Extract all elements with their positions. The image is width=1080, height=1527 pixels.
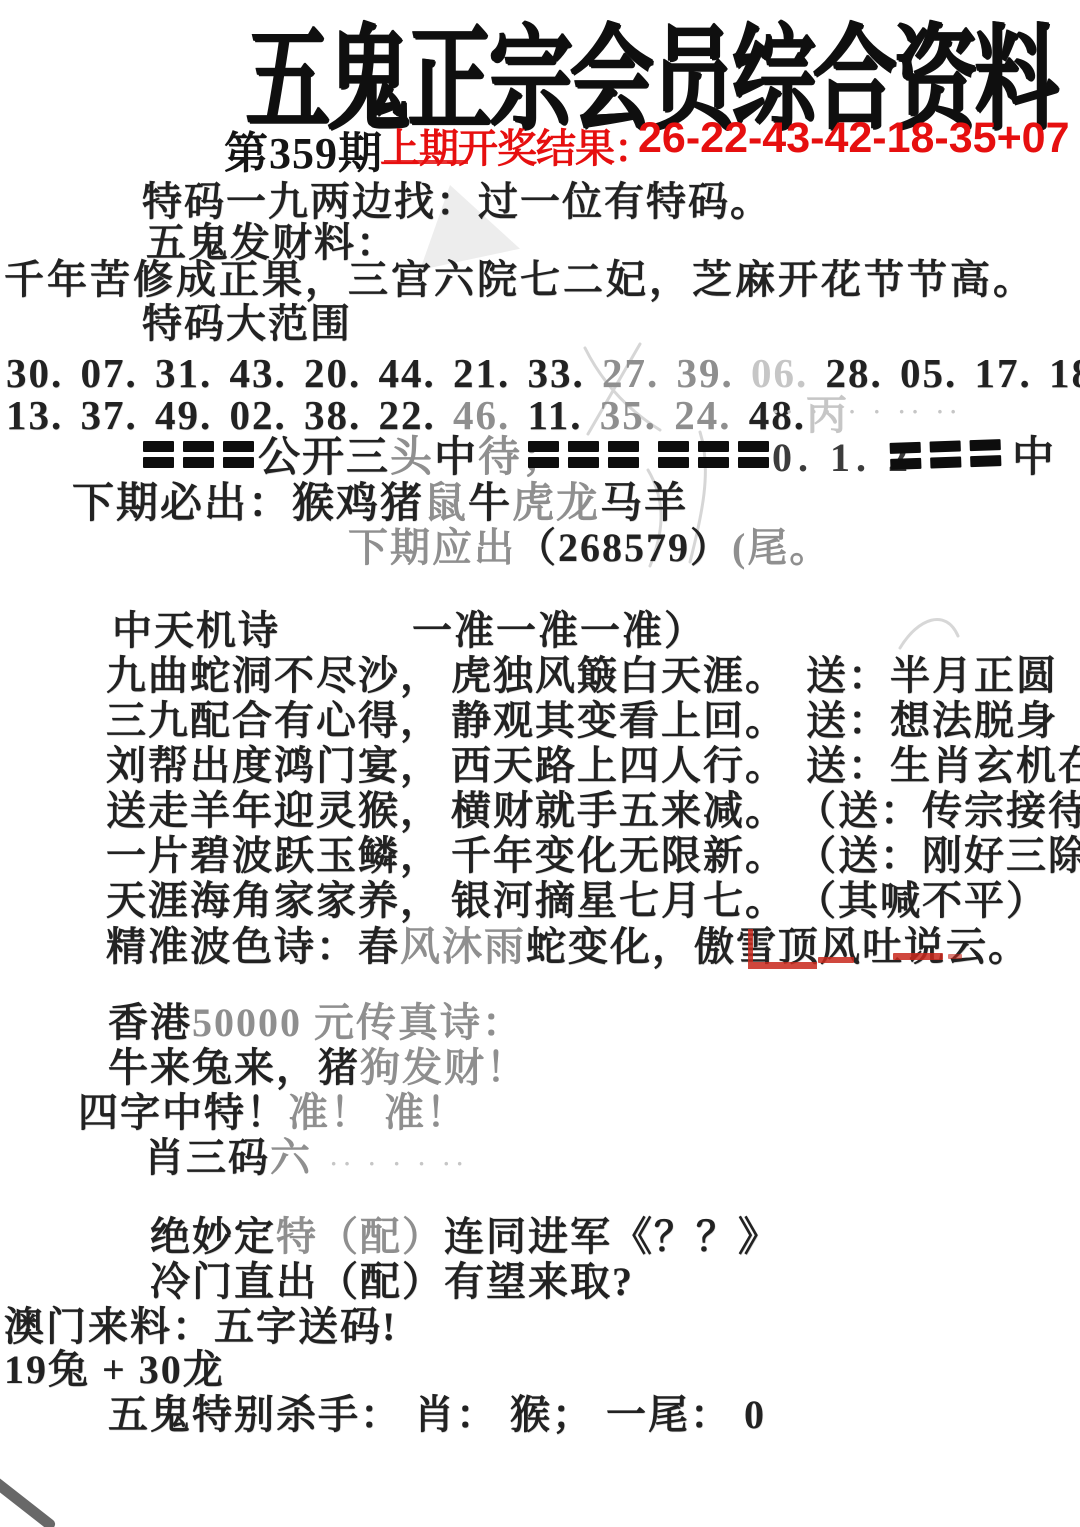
red-underline: [893, 953, 943, 960]
macau-line: 澳门来料：五字送码!: [4, 1305, 397, 1349]
fax-poem-line: 牛来兔来，猪狗发财！: [108, 1046, 528, 1090]
must-dark: 下期必出：猴鸡猪: [72, 481, 424, 527]
poem-left: 九曲蛇洞不尽沙，: [106, 654, 442, 698]
poem-header-row: 中天机诗 一准一准一准）: [112, 609, 1080, 655]
numbers-row1-dark2: 28. 05. 17. 18.: [808, 350, 1080, 396]
poem-row: 刘帮出度鸿门宴，西天路上四人行。送：生肖玄机在内: [106, 744, 1080, 790]
red-underline: [818, 957, 854, 963]
faded-dots-row: ·· ·· · · ·· ··: [772, 400, 963, 424]
poem-title: 中天机诗: [112, 609, 280, 653]
poem-mid: 西天路上四人行。: [451, 744, 787, 788]
must-dark3: 马羊: [600, 481, 688, 527]
issue-number: 第359期: [224, 117, 383, 181]
poem-left: 天涯海角家家养，: [106, 879, 442, 923]
poem-left: 三九配合有心得，: [106, 699, 442, 743]
block-group: [890, 439, 1002, 470]
must-faded: 鼠: [424, 481, 468, 527]
combo-dark: 绝妙定: [150, 1214, 276, 1259]
poem-left: 送走羊年迎灵猴，: [106, 789, 442, 833]
poem-row: 一片碧波跃玉鳞，千年变化无限新。（送：刚好三除）: [106, 834, 1080, 880]
poem-gift: 送：想法脱身: [806, 699, 1058, 743]
last-draw-label: 上期开奖结果：: [380, 117, 653, 174]
wave-faded: 风沐雨: [400, 924, 526, 969]
fax-dark: 香港: [108, 1000, 192, 1045]
yield-faded2: (尾。: [732, 525, 831, 570]
lottery-tip-sheet: 五鬼正宗会员综合资料 第359期 上期开奖结果： 26-22-43-42-18-…: [0, 0, 1080, 1527]
numbers-row2-faded2: 35. 24.: [583, 392, 732, 438]
killer-line: 五鬼特别杀手： 肖： 猴； 一尾： 0: [108, 1393, 766, 1437]
poem-left: 刘帮出度鸿门宴，: [106, 744, 442, 788]
numbers-row2-dark3: 11.: [510, 392, 582, 438]
poem-row: 送走羊年迎灵猴，横财就手五来减。（送：传宗接待）: [106, 789, 1080, 835]
fax-poem-faded: 狗发财！: [360, 1045, 528, 1090]
numbers-row-2: 13. 37. 49. 02. 38. 22. 46. 11. 35. 24. …: [6, 393, 849, 438]
numbers-row1-faded: 27. 39.: [585, 350, 734, 396]
poem-accuracy: 一准一准一准）: [412, 609, 706, 653]
must-dark2: 牛: [468, 481, 512, 527]
poem-gift: （送：刚好三除）: [796, 834, 1080, 878]
tip-line-fortune-poem: 千年苦修成正果，三宫六院七二妃，芝麻开花节节高。: [4, 258, 1036, 302]
poem-gift: 送：半月正圆: [806, 654, 1058, 698]
fax-faded: 50000 元传真诗：: [192, 1000, 524, 1045]
heads-dark2: 中: [434, 435, 478, 481]
must-faded2: 虎龙: [512, 481, 600, 527]
block-group: [658, 441, 769, 468]
four-char-line: 四字中特！准！ 准！: [78, 1091, 468, 1135]
fax-title-line: 香港50000 元传真诗：: [108, 1001, 524, 1045]
block-group: [528, 441, 639, 468]
poem-row: 三九配合有心得，静观其变看上回。送：想法脱身: [106, 699, 1080, 745]
cold-number-line: 冷门直出（配）有望来取?: [150, 1260, 634, 1304]
poem-mid: 横财就手五来减。: [451, 789, 787, 833]
fax-poem-dark: 牛来兔来，猪: [108, 1045, 360, 1090]
poem-mid: 千年变化无限新。: [451, 834, 787, 878]
block-group: [143, 441, 254, 468]
red-underline: [948, 954, 962, 959]
poem-gift: 送：生肖玄机在内: [806, 744, 1080, 788]
next-must-line: 下期必出：猴鸡猪鼠牛虎龙马羊: [72, 481, 688, 527]
numbers-row2-dark2: 22.: [361, 392, 436, 438]
numbers-row1-ghost: 06.: [734, 350, 809, 396]
poem-row: 九曲蛇洞不尽沙，虎独风簸白天涯。送：半月正圆: [106, 654, 1080, 700]
heads-tail-char: 中: [1012, 435, 1056, 481]
poem-mid: 静观其变看上回。: [451, 699, 787, 743]
four-dark: 四字中特！: [78, 1090, 288, 1135]
yield-dark: （268579）: [516, 525, 732, 570]
numbers-row2-faded: 46.: [436, 392, 511, 438]
numbers-row-1: 30. 07. 31. 43. 20. 44. 21. 33. 27. 39. …: [6, 351, 1080, 396]
wave-dark: 精准波色诗：春: [106, 924, 400, 969]
heads-faded: 头: [390, 435, 434, 481]
poem-gift: （其喊不平）: [796, 879, 1048, 923]
numbers-row2-dark: 13. 37. 49. 02. 38.: [6, 392, 361, 438]
xiao-code-line: 肖三码六: [144, 1136, 312, 1180]
combo-dark2: 连同进军《？？》: [444, 1214, 780, 1259]
numbers-row1-dark: 30. 07. 31. 43. 20. 44. 21. 33.: [6, 350, 585, 396]
yield-faded: 下期应出: [348, 525, 516, 570]
wave-poem-line: 精准波色诗：春风沐雨蛇变化，傲雪顶风吐说云。: [106, 925, 1030, 969]
four-faded: 准！ 准！: [288, 1090, 468, 1135]
tip-line-find-special: 特码一九两边找：过一位有特码。: [142, 180, 772, 224]
macau-numbers-line: 19兔 + 30龙: [4, 1348, 225, 1392]
poem-mid: 虎独风簸白天涯。: [451, 654, 787, 698]
red-mark-box: [748, 929, 817, 969]
next-yield-line: 下期应出（268579）(尾。: [348, 526, 831, 570]
corner-smudge: [0, 1475, 57, 1527]
poem-gift: （送：传宗接待）: [796, 789, 1080, 833]
poem-mid: 银河摘星七月七。: [451, 879, 787, 923]
combo-faded: 特（配）: [276, 1214, 444, 1259]
open-three-heads-line: 公开三头中待；: [258, 435, 566, 481]
final-combo-line: 绝妙定特（配）连同进军《？？》: [150, 1215, 780, 1259]
poem-left: 一片碧波跃玉鳞，: [106, 834, 442, 878]
xiao-faded: 六: [270, 1135, 312, 1180]
red-underline-mark: [384, 160, 468, 164]
faded-dots-row: ·· · · · ··: [330, 1152, 469, 1176]
heads-dark: 公开三: [258, 435, 390, 481]
xiao-dark: 肖三码: [144, 1135, 270, 1180]
poem-row: 天涯海角家家养，银河摘星七月七。（其喊不平）: [106, 879, 1080, 925]
last-draw-numbers: 26-22-43-42-18-35+07: [638, 114, 1070, 163]
tip-line-range-label: 特码大范围: [142, 302, 352, 346]
